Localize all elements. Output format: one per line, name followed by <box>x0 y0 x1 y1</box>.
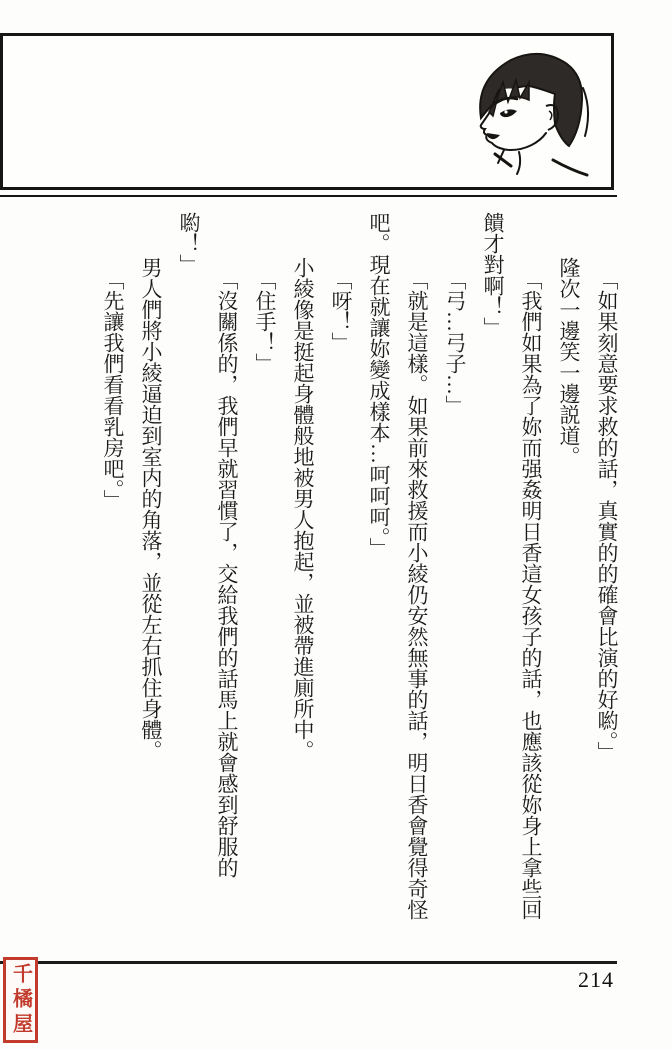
text-column: 男人們將小綾逼迫到室内的角落，並從左右抓住身體。 <box>140 212 161 960</box>
text-column: 吧。現在就讓妳變成樣本…呵呵呵。」 <box>368 212 389 960</box>
illustration-frame-underline <box>0 195 617 197</box>
text-column: 「沒關係的，我們早就習慣了，交給我們的話馬上就會感到舒服的 <box>216 212 237 960</box>
story-text: 「如果刻意要求救的話，真實的的確會比演的好喲。」隆次一邊笑一邊説道。「我們如果為… <box>85 212 617 960</box>
text-column: 「呀！」 <box>330 212 351 960</box>
text-column: 小綾像是挺起身體般地被男人抱起，並被帶進廁所中。 <box>292 212 313 960</box>
manga-character-head-illustration <box>459 46 593 182</box>
text-column: 「住手！」 <box>254 212 275 960</box>
page-number: 214 <box>578 967 614 993</box>
text-column: 「我們如果為了妳而强姦明日香這女孩子的話，也應該從妳身上拿些回 <box>520 212 541 960</box>
book-page: 「如果刻意要求救的話，真實的的確會比演的好喲。」隆次一邊笑一邊説道。「我們如果為… <box>0 0 672 1050</box>
text-column: 喲！」 <box>178 212 199 960</box>
text-column: 「就是這樣。如果前來救援而小綾仍安然無事的話，明日香會覺得奇怪 <box>406 212 427 960</box>
text-column: 饋才對啊！」 <box>482 212 503 960</box>
text-column: 「先讓我們看看乳房吧。」 <box>102 212 123 960</box>
text-column: 隆次一邊笑一邊説道。 <box>558 212 579 960</box>
text-column: 「弓…弓子…」 <box>444 212 465 960</box>
publisher-seal-stamp: 千橘屋 <box>3 957 38 1043</box>
illustration-frame <box>0 33 614 190</box>
seal-text: 千橘屋 <box>11 963 31 1038</box>
text-column: 「如果刻意要求救的話，真實的的確會比演的好喲。」 <box>596 212 617 960</box>
footer-rule <box>0 961 617 964</box>
